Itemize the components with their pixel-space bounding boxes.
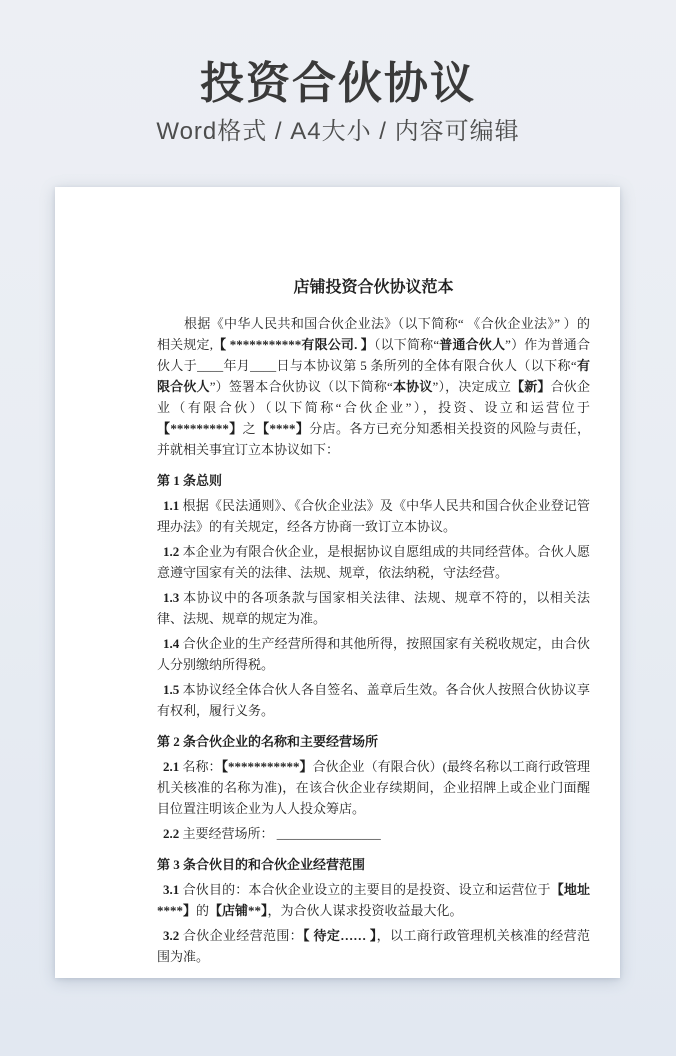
doc-paragraph: 1.1 根据《民法通则》、《合伙企业法》及《中华人民共和国合伙企业登记管理办法》… [157,495,590,537]
doc-text: 本协议经全体合伙人各自签名、盖章后生效。各合伙人按照合伙协议享有权利，履行义务。 [157,682,590,718]
doc-text: （以下简称“ [374,337,439,352]
doc-text-bold: 2.1 [163,759,183,774]
document-content: 店铺投资合伙协议范本 根据《中华人民共和国合伙企业法》（以下简称“ 《合伙企业法… [55,187,620,978]
doc-text: 名称： [183,759,222,774]
doc-text-bold: 【***********】 [222,759,313,774]
doc-text-bold: 3.1 [163,882,183,897]
doc-text: 合伙目的：本合伙企业设立的主要目的是投资、设立和运营位于 [183,882,551,897]
template-preview: 投资合伙协议 Word格式 / A4大小 / 内容可编辑 店铺投资合伙协议范本 … [0,0,676,186]
doc-paragraph: 3.1 合伙目的：本合伙企业设立的主要目的是投资、设立和运营位于【地址****】… [157,879,590,921]
doc-text-bold: 2.2 [163,826,183,841]
doc-text-bold: 【*********】 [157,421,243,436]
doc-text-bold: 【新】 [511,379,551,394]
doc-text: ，为合伙人谋求投资收益最大化。 [268,903,463,918]
doc-text: 合伙企业的生产经营所得和其他所得，按照国家有关税收规定，由合伙人分别缴纳所得税。 [157,636,590,672]
doc-text: 的 [196,903,209,918]
doc-text: ________________ [277,826,381,841]
doc-text: 之 [243,421,256,436]
doc-paragraph: 3.2 合伙企业经营范围：【 待定…… 】，以工商行政管理机关核准的经营范围为准… [157,925,590,967]
doc-paragraph: 2.2 主要经营场所： ________________ [157,823,590,844]
doc-paragraph: 1.5 本协议经全体合伙人各自签名、盖章后生效。各合伙人按照合伙协议享有权利，履… [157,679,590,721]
template-subtitle: Word格式 / A4大小 / 内容可编辑 [0,118,676,146]
doc-body: 根据《中华人民共和国合伙企业法》（以下简称“ 《合伙企业法》” ）的相关规定,【… [157,313,590,967]
doc-text-bold: 1.4 [163,636,183,651]
doc-text-bold: 第 2 条合伙企业的名称和主要经营场所 [157,734,378,749]
doc-text: ”）签署本合伙协议（以下简称“ [210,379,393,394]
doc-text: 合伙企业经营范围： [183,928,303,943]
banner: 投资合伙协议 Word格式 / A4大小 / 内容可编辑 [0,0,676,186]
document-page: 店铺投资合伙协议范本 根据《中华人民共和国合伙企业法》（以下简称“ 《合伙企业法… [55,187,620,978]
doc-heading: 第 1 条总则 [157,470,590,491]
doc-paragraph: 根据《中华人民共和国合伙企业法》（以下简称“ 《合伙企业法》” ）的相关规定,【… [157,313,590,460]
doc-text: 本协议中的各项条款与国家相关法律、法规、规章不符的，以相关法律、法规、规章的规定… [157,590,590,626]
doc-text-bold: 本协议 [393,379,433,394]
doc-text-bold: 第 1 条总则 [157,473,222,488]
doc-paragraph: 1.4 合伙企业的生产经营所得和其他所得，按照国家有关税收规定，由合伙人分别缴纳… [157,633,590,675]
doc-text: 根据《民法通则》、《合伙企业法》及《中华人民共和国合伙企业登记管理办法》的有关规… [157,498,590,534]
doc-text-bold: 【 ***********有限公司. 】 [213,337,374,352]
doc-paragraph: 2.1 名称：【***********】合伙企业（有限合伙）(最终名称以工商行政… [157,756,590,819]
doc-text-bold: 【店铺**】 [209,903,268,918]
document-title: 店铺投资合伙协议范本 [157,277,590,299]
doc-text: 主要经营场所： [183,826,277,841]
doc-text-bold: 【****】 [256,421,309,436]
doc-text-bold: 1.2 [163,544,183,559]
doc-heading: 第 3 条合伙目的和合伙企业经营范围 [157,854,590,875]
doc-heading: 第 2 条合伙企业的名称和主要经营场所 [157,731,590,752]
doc-text: 本企业为有限合伙企业，是根据协议自愿组成的共同经营体。合伙人愿意遵守国家有关的法… [157,544,590,580]
doc-text-bold: 1.1 [163,498,183,513]
doc-text-bold: 普通合伙人 [439,337,505,352]
doc-text-bold: 【 待定…… 】 [303,928,377,943]
doc-text-bold: 3.2 [163,928,183,943]
doc-text: ”），决定成立 [433,379,512,394]
doc-paragraph: 1.2 本企业为有限合伙企业，是根据协议自愿组成的共同经营体。合伙人愿意遵守国家… [157,541,590,583]
doc-text-bold: 第 3 条合伙目的和合伙企业经营范围 [157,857,365,872]
doc-text-bold: 1.3 [163,590,183,605]
doc-paragraph: 1.3 本协议中的各项条款与国家相关法律、法规、规章不符的，以相关法律、法规、规… [157,587,590,629]
doc-text-bold: 1.5 [163,682,183,697]
template-title: 投资合伙协议 [0,0,676,108]
